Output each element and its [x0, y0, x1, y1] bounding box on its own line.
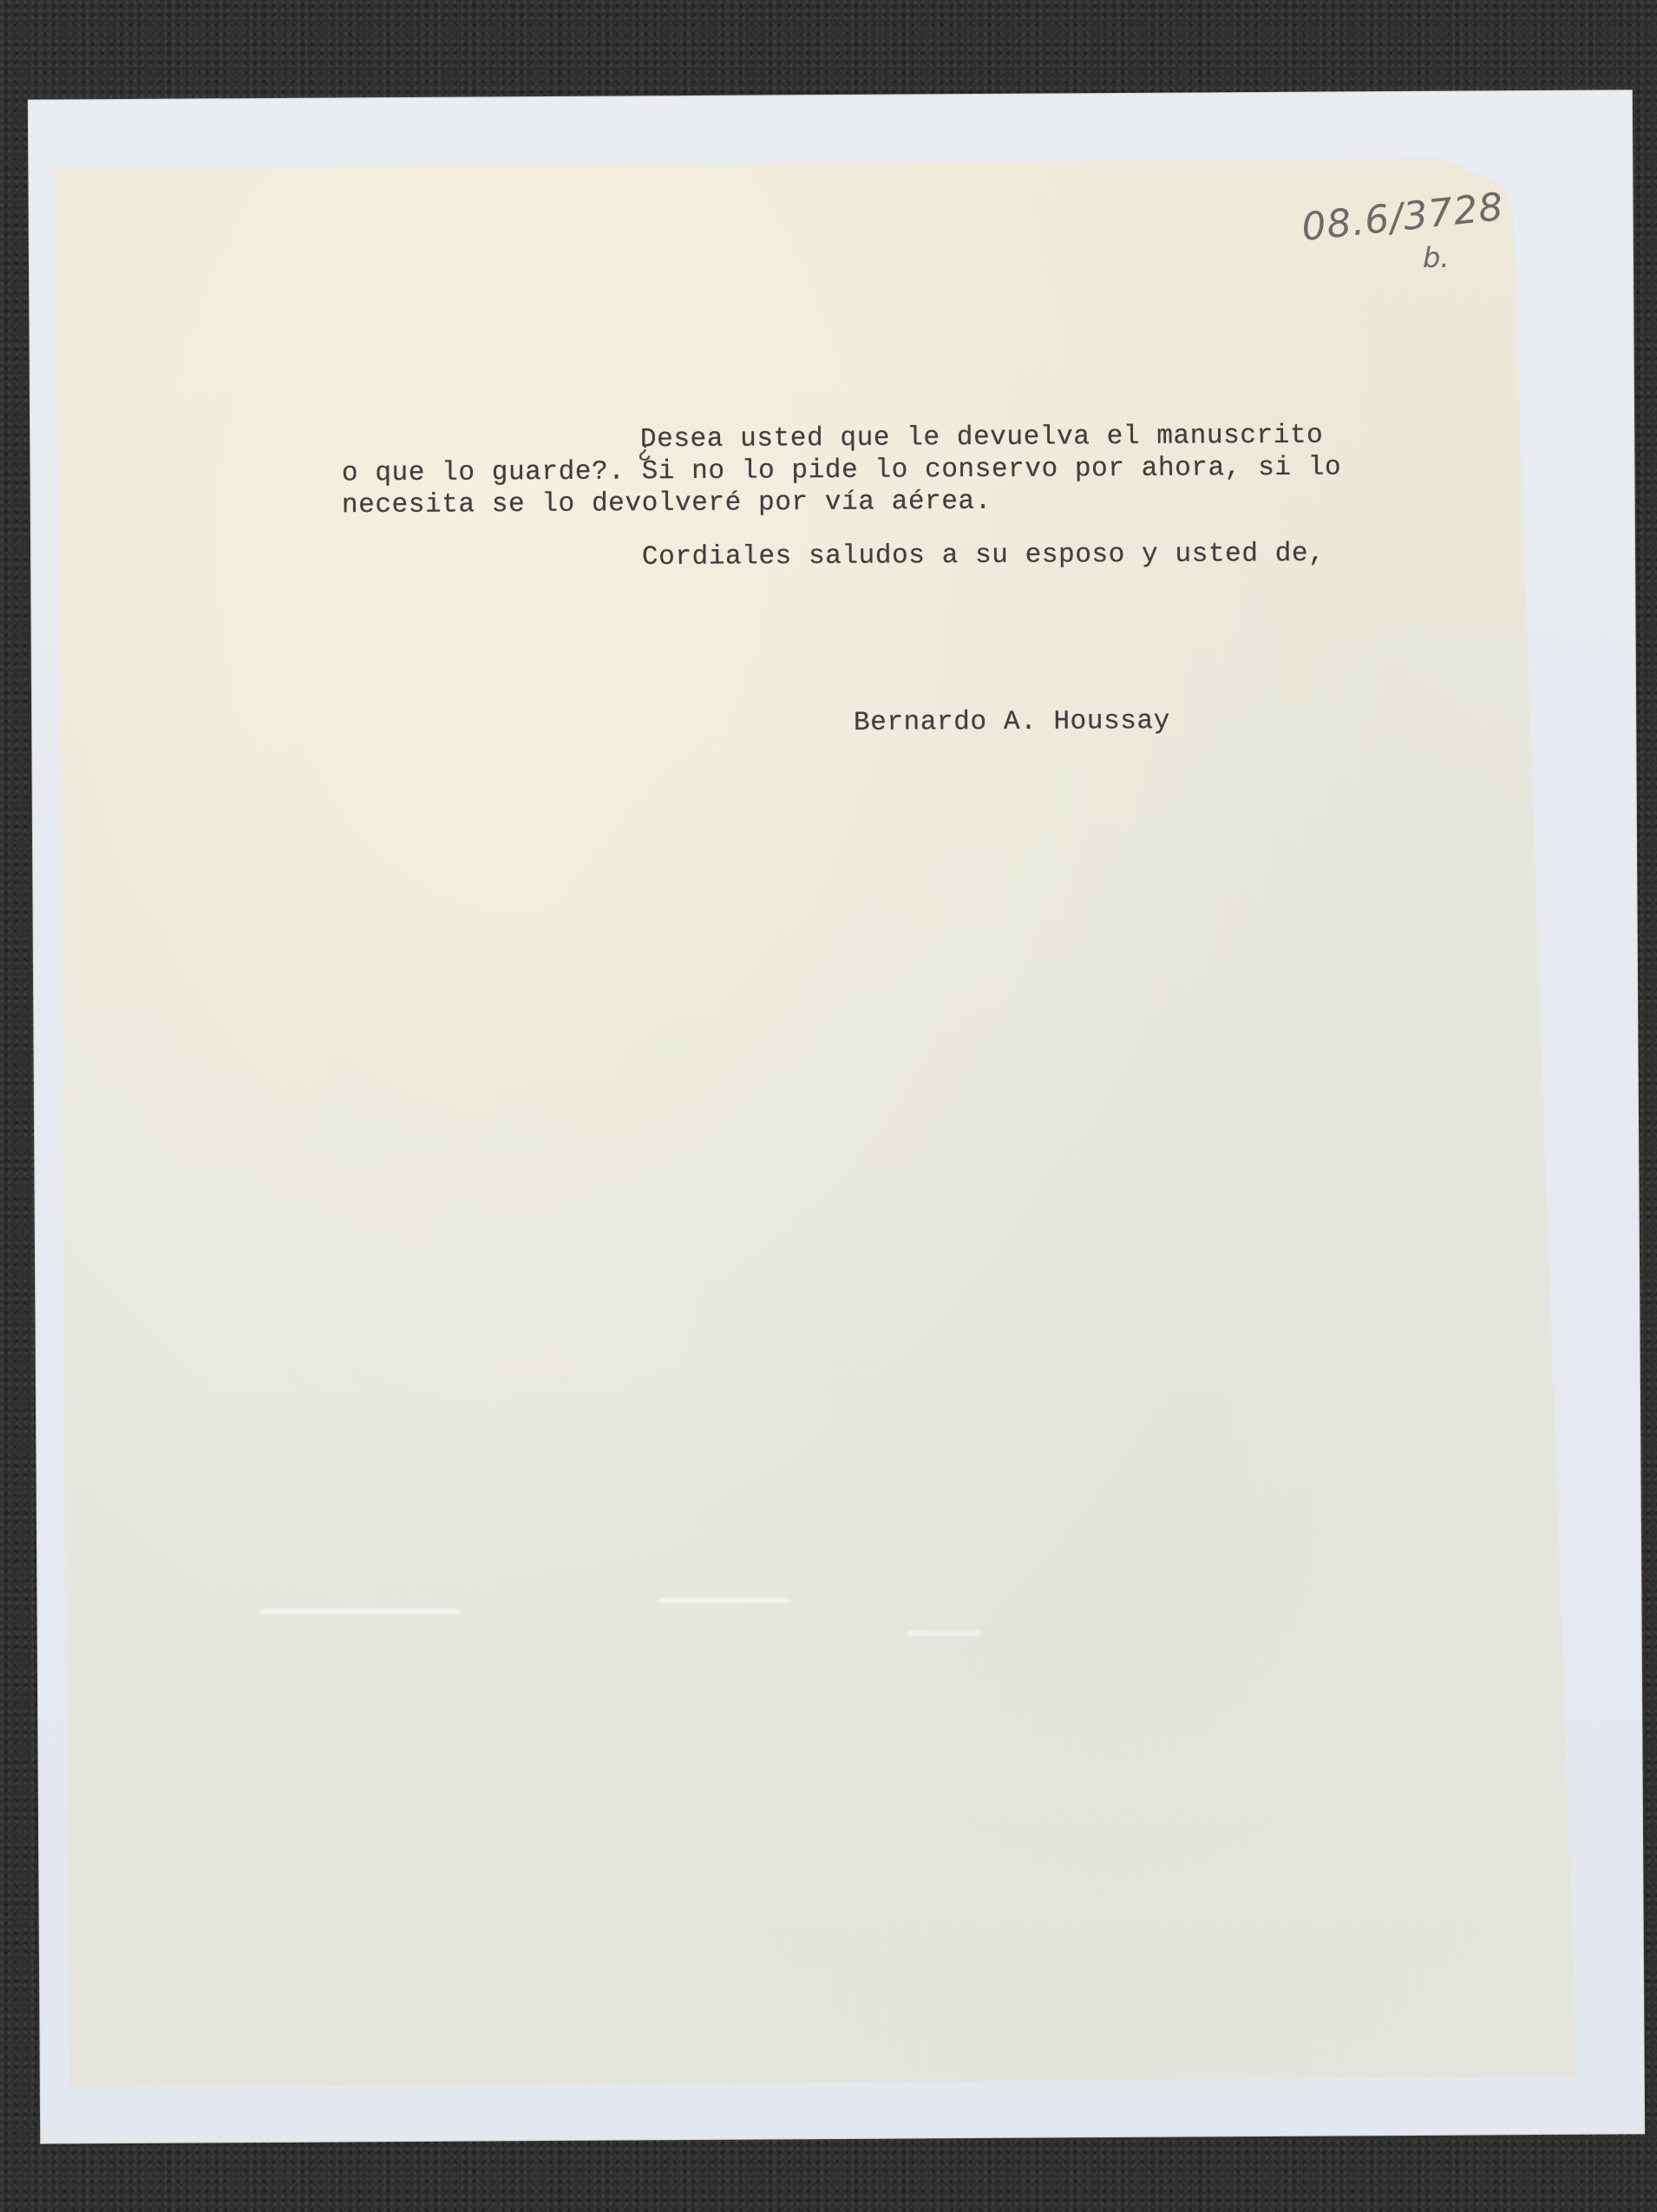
archive-reference-sub: b. — [1423, 241, 1449, 274]
paper-mark — [907, 1631, 980, 1636]
signature: Bernardo A. Houssay — [854, 706, 1170, 738]
body-line-1: Desea usted que le devuelva el manuscrit… — [640, 421, 1324, 455]
closing-salutation: Cordiales saludos a su esposo y usted de… — [642, 539, 1326, 573]
paper-mark — [260, 1609, 460, 1614]
body-line-3: necesita se lo devolveré por vía aérea. — [342, 487, 992, 521]
body-line-2: o que lo guarde?. Si no lo pide lo conse… — [342, 452, 1341, 488]
paper-mark — [659, 1598, 789, 1603]
